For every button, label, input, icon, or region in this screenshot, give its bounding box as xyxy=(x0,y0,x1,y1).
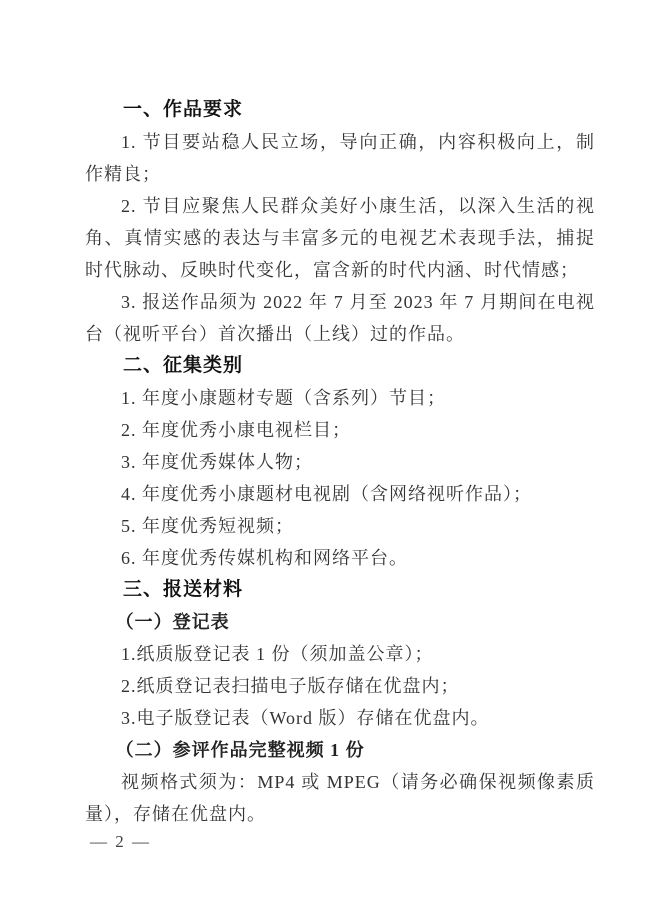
list-item: 2.纸质登记表扫描电子版存储在优盘内； xyxy=(85,670,595,702)
paragraph: 1. 节目要站稳人民立场，导向正确，内容积极向上，制作精良； xyxy=(85,126,595,190)
subsection-heading-registration-form: （一）登记表 xyxy=(85,606,595,638)
section-heading-requirements: 一、作品要求 xyxy=(85,94,595,126)
document-page: 一、作品要求 1. 节目要站稳人民立场，导向正确，内容积极向上，制作精良； 2.… xyxy=(0,0,664,905)
list-item: 4. 年度优秀小康题材电视剧（含网络视听作品）； xyxy=(85,478,595,510)
page-content: 一、作品要求 1. 节目要站稳人民立场，导向正确，内容积极向上，制作精良； 2.… xyxy=(85,94,595,830)
list-item: 5. 年度优秀短视频； xyxy=(85,510,595,542)
list-item: 6. 年度优秀传媒机构和网络平台。 xyxy=(85,542,595,574)
paragraph: 2. 节目应聚焦人民群众美好小康生活，以深入生活的视角、真情实感的表达与丰富多元… xyxy=(85,190,595,286)
list-item: 2. 年度优秀小康电视栏目； xyxy=(85,414,595,446)
subsection-heading-video: （二）参评作品完整视频 1 份 xyxy=(85,734,595,766)
list-item: 1. 年度小康题材专题（含系列）节目； xyxy=(85,382,595,414)
section-heading-categories: 二、征集类别 xyxy=(85,350,595,382)
list-item: 1.纸质版登记表 1 份（须加盖公章）； xyxy=(85,638,595,670)
list-item: 3.电子版登记表（Word 版）存储在优盘内。 xyxy=(85,702,595,734)
section-heading-materials: 三、报送材料 xyxy=(85,574,595,606)
paragraph: 3. 报送作品须为 2022 年 7 月至 2023 年 7 月期间在电视台（视… xyxy=(85,286,595,350)
paragraph: 视频格式须为：MP4 或 MPEG（请务必确保视频像素质量），存储在优盘内。 xyxy=(85,766,595,830)
list-item: 3. 年度优秀媒体人物； xyxy=(85,446,595,478)
page-number: — 2 — xyxy=(90,831,151,853)
